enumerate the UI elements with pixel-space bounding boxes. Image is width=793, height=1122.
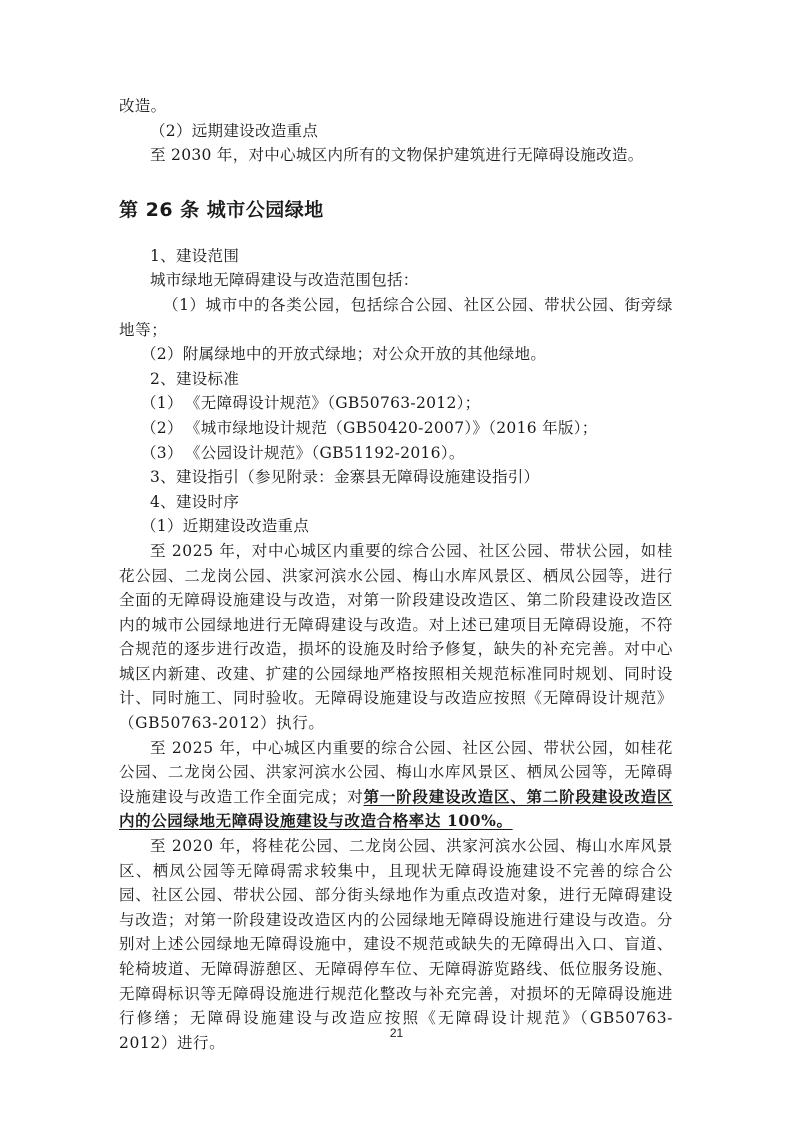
standards-item-3-label: （3） — [141, 441, 185, 466]
standards-item-1-text: 《无障碍设计规范》（GB50763-2012）； — [185, 394, 480, 412]
standards-item-3-text: 《公园设计规范》（GB51192-2016）。 — [185, 444, 465, 462]
standards-item-1: （1）《无障碍设计规范》（GB50763-2012）； — [119, 391, 673, 416]
schedule-paragraph-1: 至 2025 年，对中心城区内重要的综合公园、社区公园、带状公园，如桂花公园、二… — [119, 539, 673, 736]
schedule-paragraph-2: 至 2025 年，中心城区内重要的综合公园、社区公园、带状公园，如桂花公园、二龙… — [119, 736, 673, 834]
scope-item-1: （1）城市中的各类公园，包括综合公园、社区公园、带状公园、街旁绿地等； — [119, 293, 673, 342]
article-title: 第 26 条 城市公园绿地 — [119, 196, 673, 224]
standards-item-2-text: 《城市绿地设计规范（GB50420-2007）》（2016 年版）； — [185, 419, 598, 437]
page-number: 21 — [0, 1026, 793, 1040]
schedule-heading: 4、建设时序 — [119, 490, 673, 515]
standards-item-3: （3）《公园设计规范》（GB51192-2016）。 — [119, 441, 673, 466]
standards-item-1-label: （1） — [141, 391, 185, 416]
standards-item-2-label: （2） — [141, 416, 185, 441]
near-term-heading: （1）近期建设改造重点 — [119, 514, 673, 539]
scope-item-1-label: （1） — [141, 293, 206, 318]
standards-item-2: （2）《城市绿地设计规范（GB50420-2007）》（2016 年版）； — [119, 416, 673, 441]
scope-item-2-label: （2） — [141, 342, 183, 367]
document-page: 改造。 （2）远期建设改造重点 至 2030 年，对中心城区内所有的文物保护建筑… — [119, 94, 673, 1055]
long-term-heading: （2）远期建设改造重点 — [119, 119, 673, 144]
scope-item-2-text: 附属绿地中的开放式绿地；对公众开放的其他绿地。 — [183, 345, 546, 363]
scope-intro: 城市绿地无障碍建设与改造范围包括： — [119, 268, 673, 293]
scope-item-2: （2）附属绿地中的开放式绿地；对公众开放的其他绿地。 — [119, 342, 673, 367]
guidance-heading: 3、建设指引（参见附录：金寨县无障碍设施建设指引） — [119, 465, 673, 490]
scope-heading: 1、建设范围 — [119, 244, 673, 269]
continuation-text: 改造。 — [119, 94, 673, 119]
standards-heading: 2、建设标准 — [119, 367, 673, 392]
schedule-paragraph-3: 至 2020 年，将桂花公园、二龙岗公园、洪家河滨水公园、梅山水库风景区、栖凤公… — [119, 834, 673, 1055]
long-term-text: 至 2030 年，对中心城区内所有的文物保护建筑进行无障碍设施改造。 — [119, 143, 673, 168]
